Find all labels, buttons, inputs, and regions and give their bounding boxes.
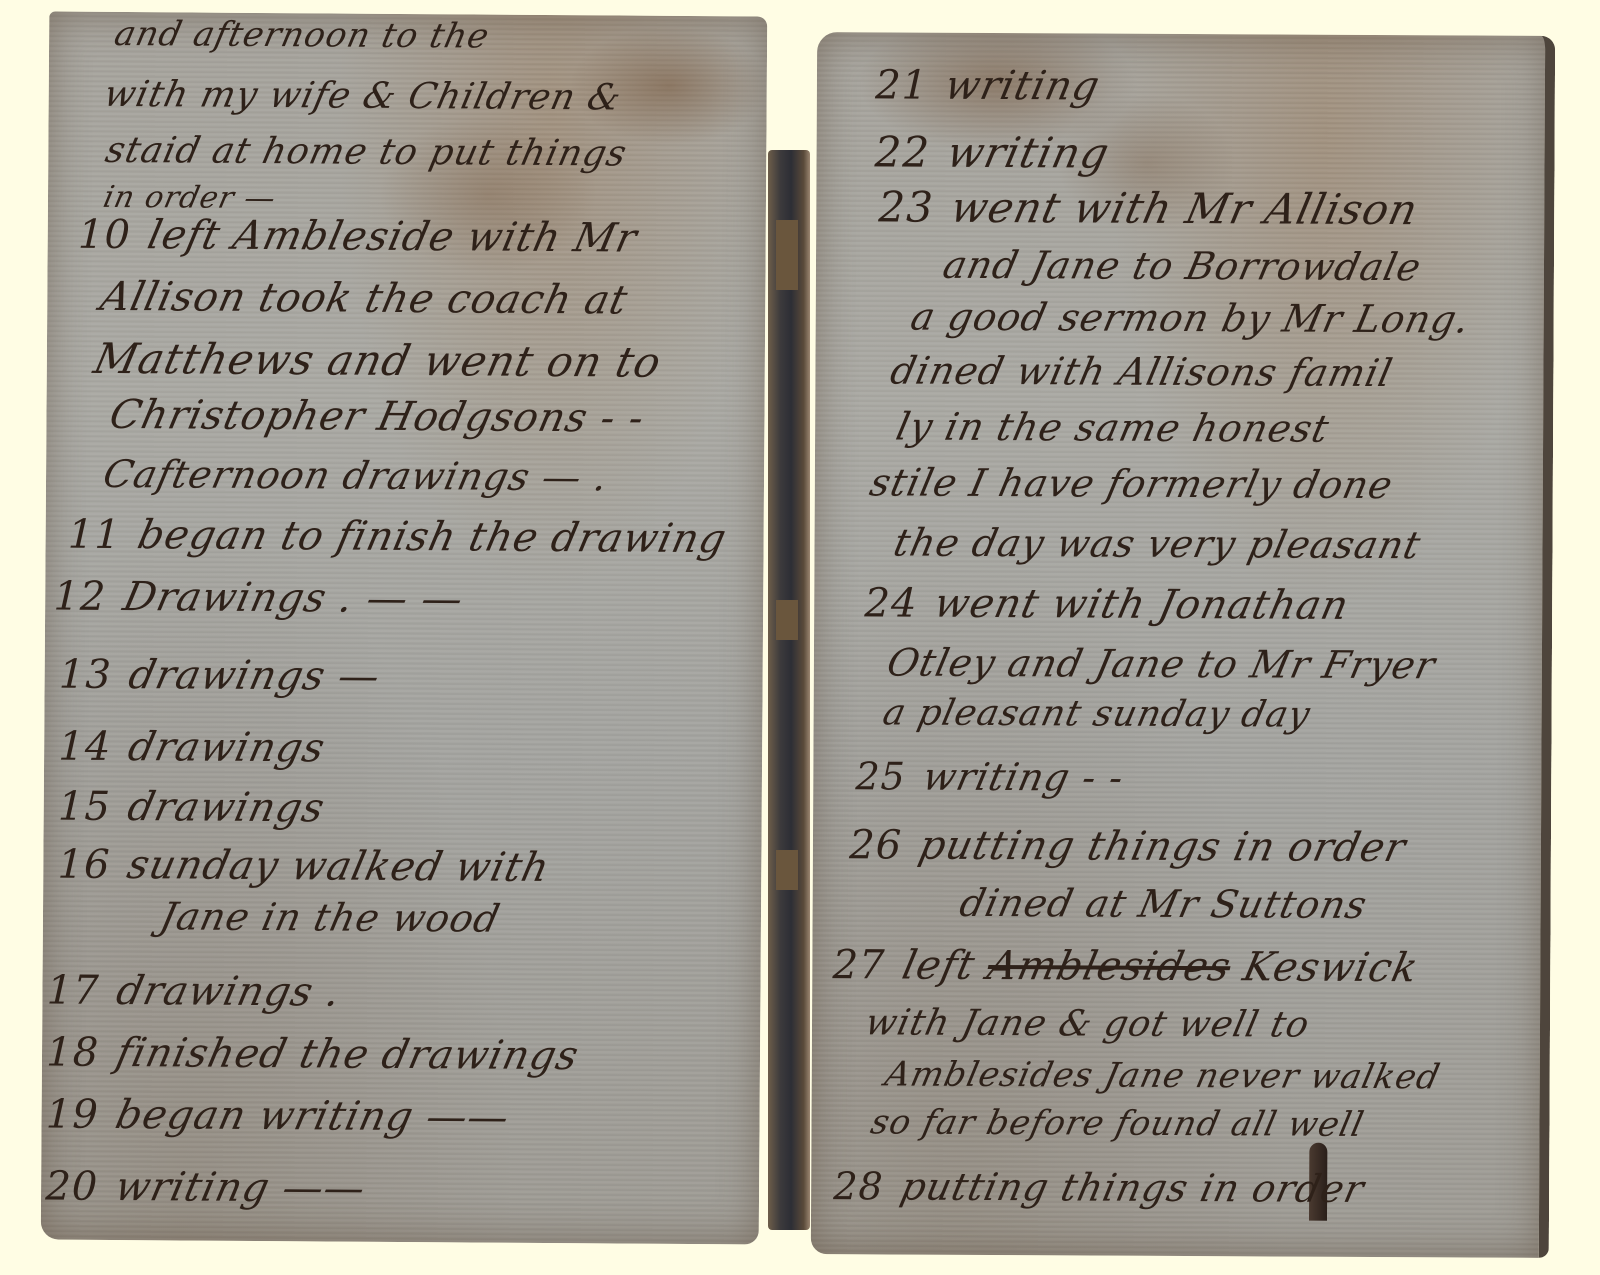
diary-line: 22writing <box>869 127 1114 177</box>
diary-line: 16sunday walked with <box>52 842 554 891</box>
diary-line: Matthews and went on to <box>71 334 666 387</box>
diary-line: 25writing - - <box>851 754 1129 799</box>
diary-line: 14drawings <box>53 724 329 772</box>
diary-line: and afternoon to the <box>93 14 494 57</box>
book-spine <box>768 150 810 1230</box>
diary-line: 23went with Mr Allison <box>873 182 1423 234</box>
diary-line: Otley and Jane to Mr Fryer <box>865 640 1440 687</box>
diary-line: 12Drawings . — — <box>48 574 468 623</box>
diary-line: 10left Ambleside with Mr <box>73 212 642 262</box>
diary-line: and Jane to Borrowdale <box>921 243 1425 290</box>
diary-line: a pleasant sunday day <box>861 692 1314 735</box>
diary-line: 18finished the drawings <box>41 1030 583 1080</box>
diary-line: Cafternoon drawings — . <box>81 452 613 500</box>
diary-line: staid at home to put things <box>84 130 631 175</box>
diary-line: so far before found all well <box>849 1102 1368 1145</box>
spine-binding-band <box>776 850 798 890</box>
diary-line: a good sermon by Mr Long. <box>889 295 1474 342</box>
diary-line: dined at Mr Suttons <box>938 881 1371 927</box>
diary-line: 27left Amblesides Keswick <box>827 942 1422 991</box>
diary-line: 13drawings — <box>54 652 385 700</box>
diary-line: Allison took the coach at <box>78 274 632 324</box>
diary-line: 20writing —— <box>41 1164 370 1212</box>
diary-line: ly in the same honest <box>874 404 1333 450</box>
diary-line: 28putting things in order <box>828 1164 1368 1211</box>
diary-line: in order — <box>82 180 279 216</box>
diary-line: with my wife & Children & <box>82 74 625 119</box>
diary-line: 24went with Jonathan <box>859 580 1353 628</box>
diary-line: 21writing <box>870 62 1104 109</box>
diary-line: 26putting things in order <box>844 822 1410 871</box>
diary-line: 15drawings <box>53 784 329 832</box>
diary-line: the day was very pleasant <box>872 520 1425 567</box>
diary-line: 17drawings . <box>41 968 345 1016</box>
spine-binding-band <box>776 600 798 640</box>
diary-line: Christopher Hodgsons - - <box>87 392 648 442</box>
diary-line: 19began writing —— <box>41 1092 514 1141</box>
diary-line: stile I have formerly done <box>848 460 1397 507</box>
diary-line: Jane in the wood <box>138 894 504 940</box>
diary-line: Amblesides Jane never walked <box>863 1054 1444 1097</box>
diary-line: 11began to finish the drawing <box>63 512 731 563</box>
struck-out-word: Amblesides <box>983 943 1235 990</box>
spine-binding-band <box>776 220 798 290</box>
diary-line: dined with Allisons famil <box>869 348 1397 395</box>
right-diary-page: 21writing 22writing 23went with Mr Allis… <box>811 32 1555 1258</box>
diary-line: with Jane & got well to <box>844 1002 1314 1045</box>
left-diary-page: and afternoon to the with my wife & Chil… <box>41 12 768 1245</box>
